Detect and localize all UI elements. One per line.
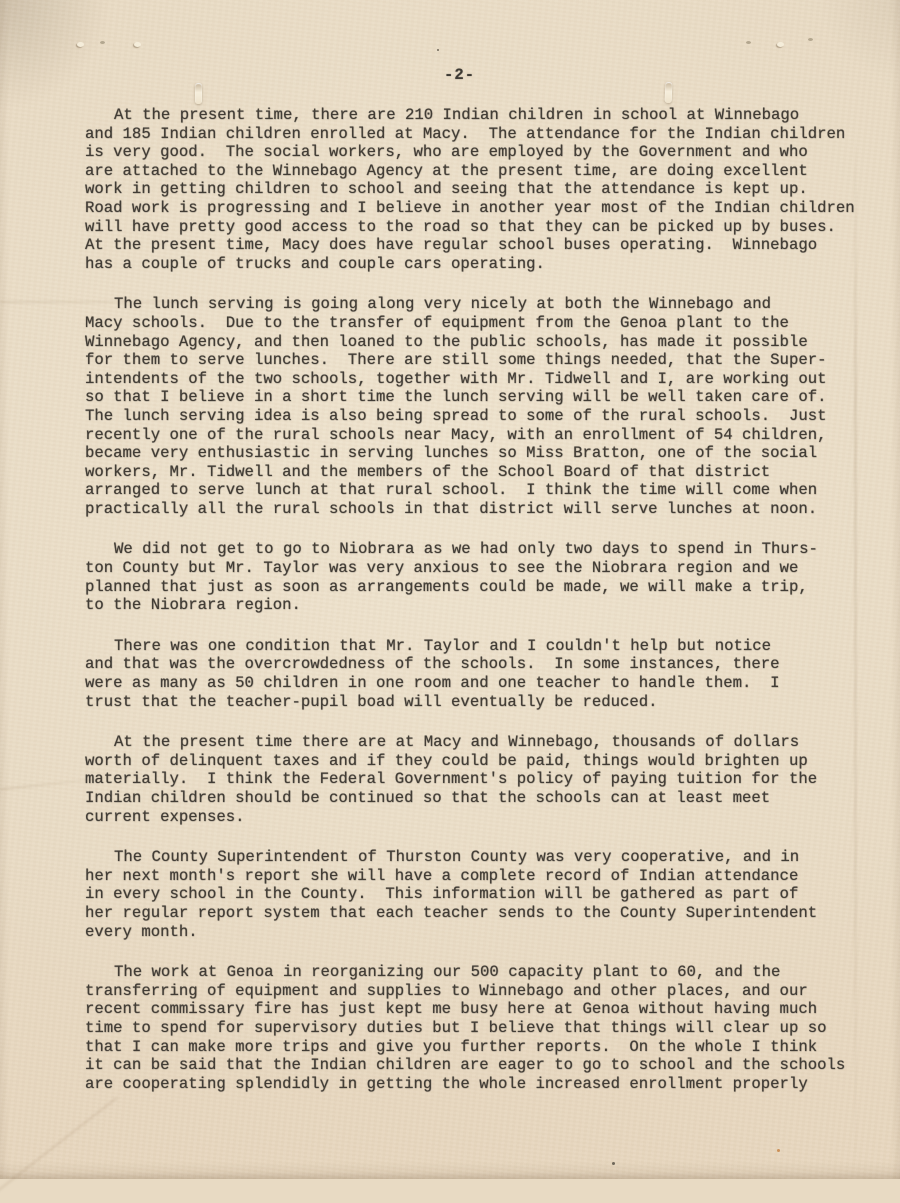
paragraph-niobrara: We did not get to go to Niobrara as we h… — [85, 540, 875, 614]
paper-fleck — [808, 38, 813, 41]
paragraph-attendance: At the present time, there are 210 India… — [85, 106, 875, 273]
document-page: -2- At the present time, there are 210 I… — [0, 0, 900, 1179]
paper-speck — [777, 1149, 780, 1152]
page-number: -2- — [444, 66, 475, 84]
paper-fleck — [746, 41, 751, 44]
paragraph-lunch-serving: The lunch serving is going along very ni… — [85, 295, 875, 518]
document-body: At the present time, there are 210 India… — [85, 106, 875, 1115]
paper-speck — [437, 49, 439, 51]
paper-bump — [134, 42, 141, 47]
paper-fleck — [100, 41, 105, 44]
paper-speck — [612, 1162, 615, 1165]
paragraph-overcrowding: There was one condition that Mr. Taylor … — [85, 637, 875, 711]
paper-bump — [77, 42, 84, 47]
paragraph-genoa-work: The work at Genoa in reorganizing our 50… — [85, 963, 875, 1093]
paragraph-delinquent-taxes: At the present time there are at Macy an… — [85, 733, 875, 826]
staple-hole-right — [665, 82, 673, 103]
paragraph-county-superintendent: The County Superintendent of Thurston Co… — [85, 848, 875, 941]
staple-hole-left — [195, 83, 202, 104]
paper-bump — [777, 42, 784, 47]
